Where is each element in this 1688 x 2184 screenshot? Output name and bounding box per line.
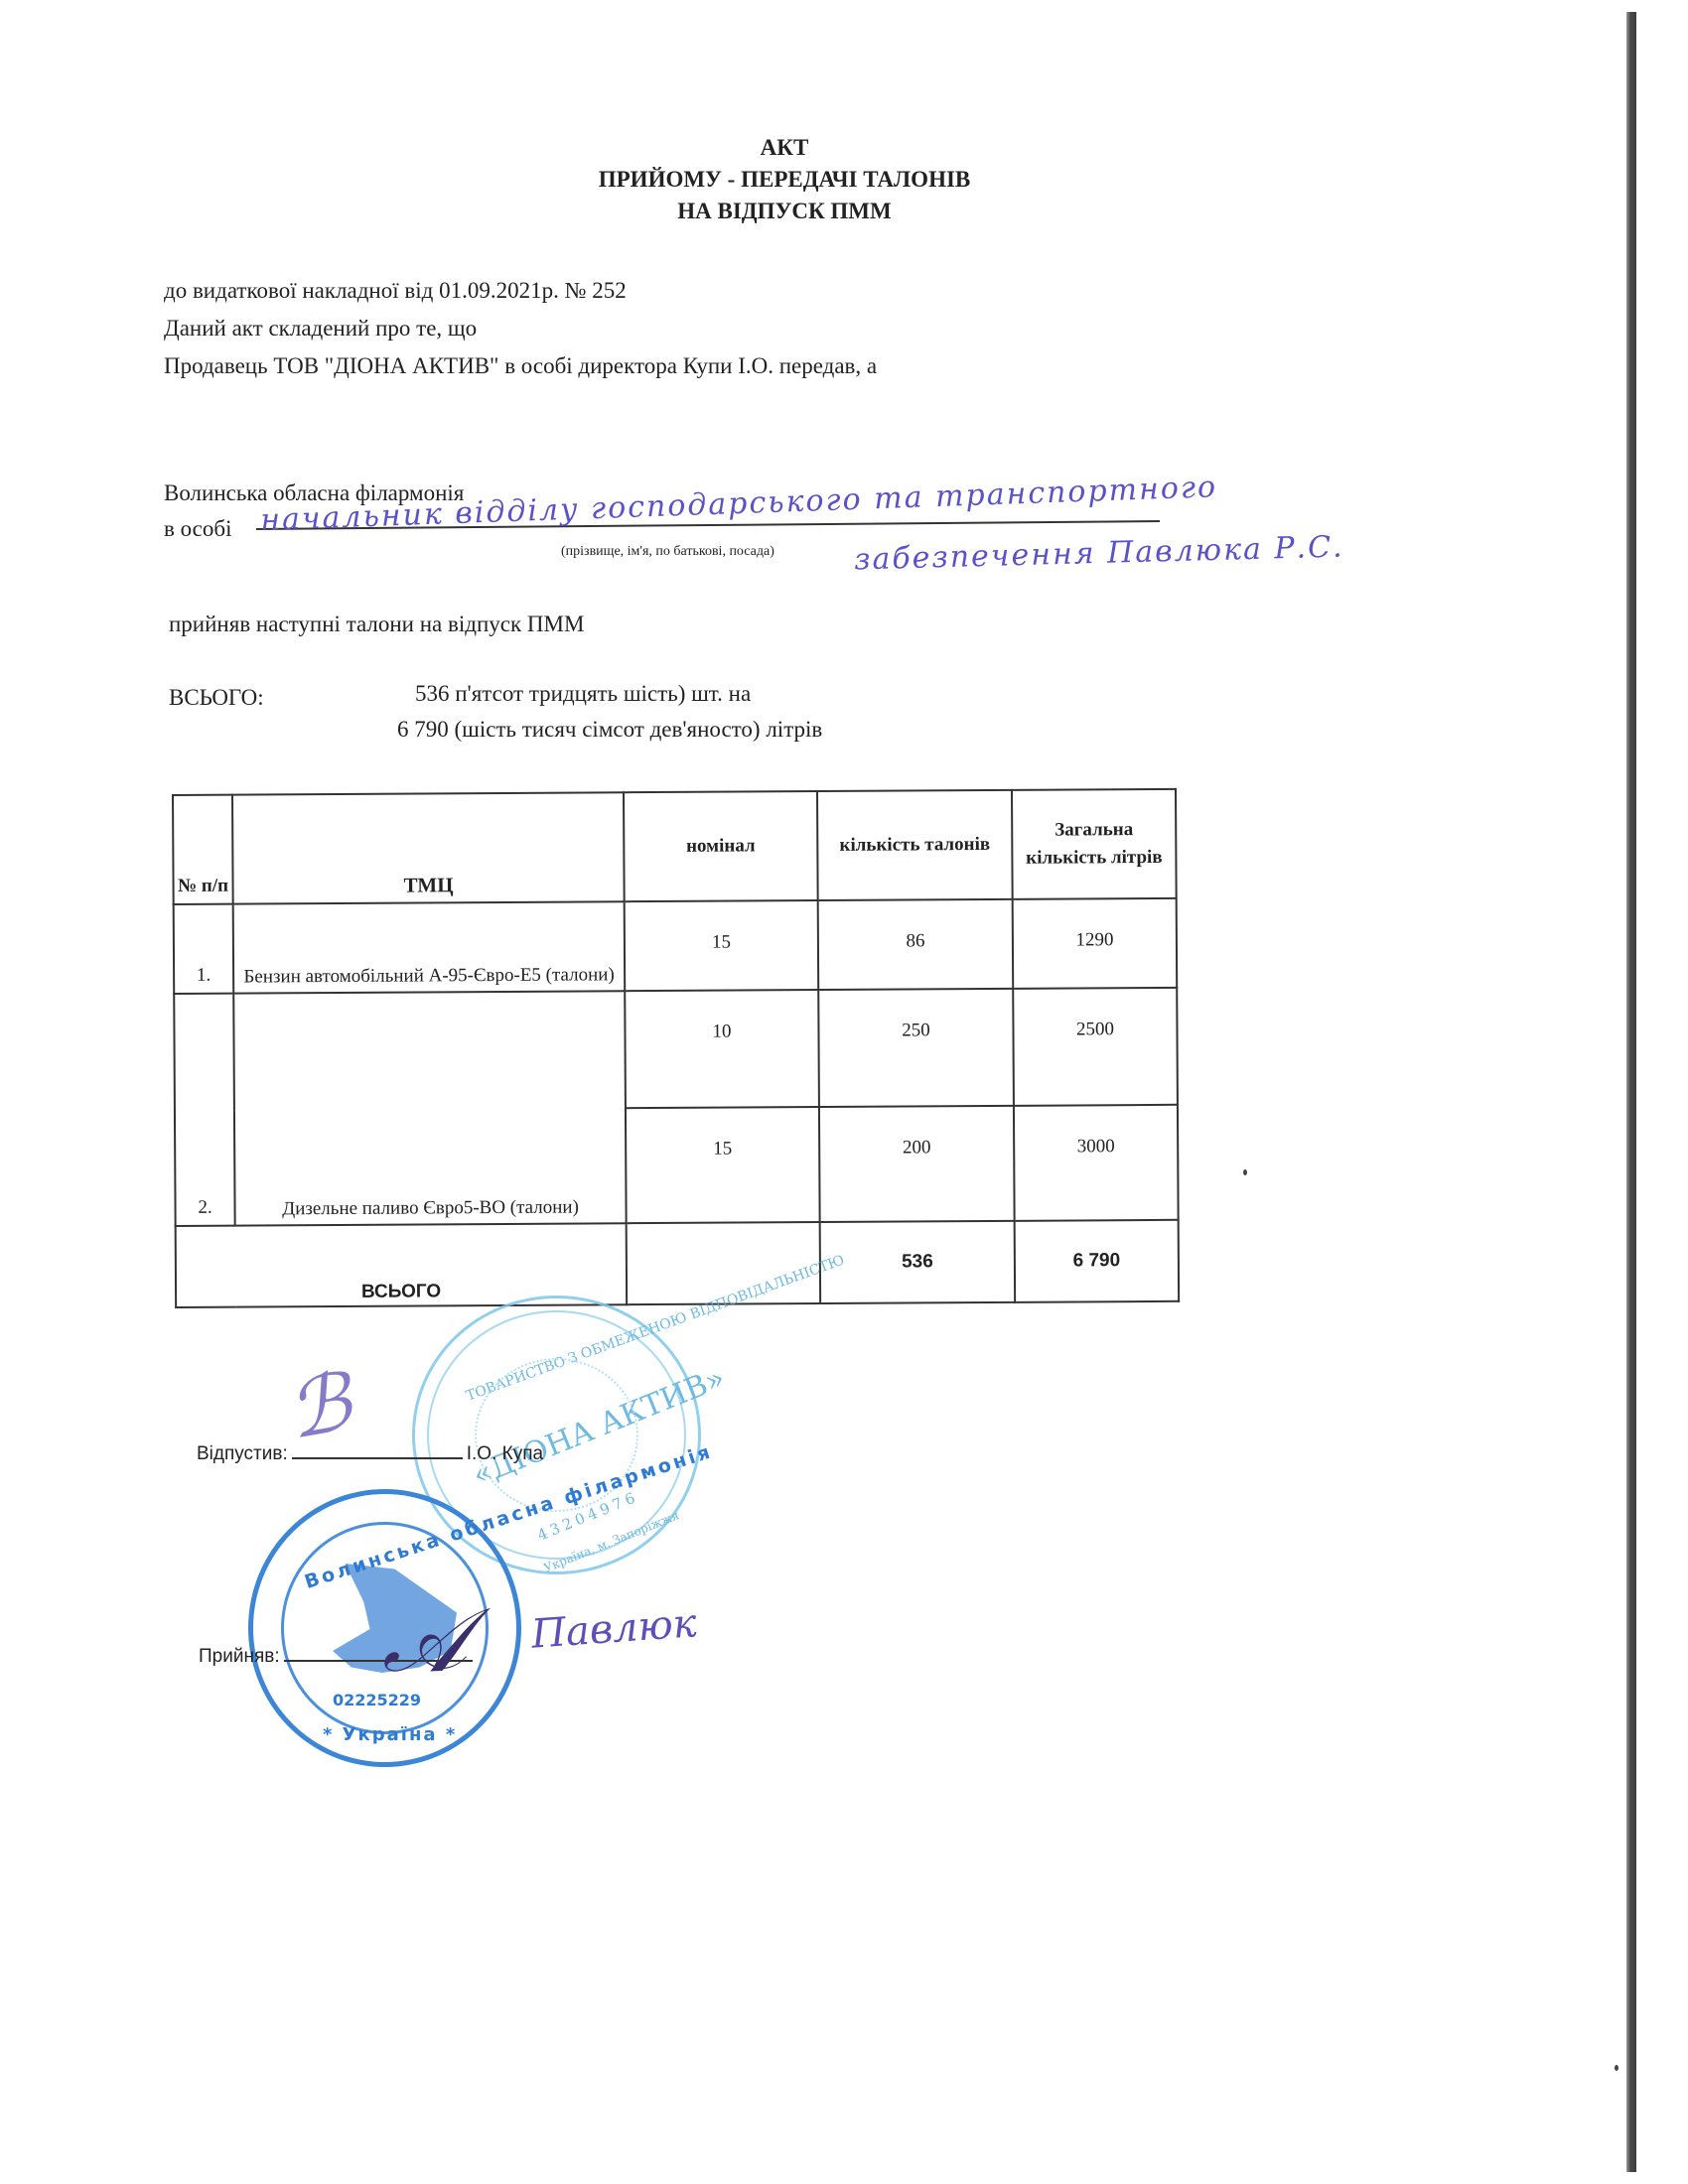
released-signature-block: Відпустив:І.О. Купа xyxy=(197,1441,543,1465)
header-item: ТМЦ xyxy=(232,792,625,903)
row-item: Бензин автомобільний А-95-Євро-Е5 (талон… xyxy=(233,901,626,993)
row-number: 2. xyxy=(174,994,234,1226)
accepted-handwritten-name: Павлюк xyxy=(530,1600,698,1658)
header-nominal: номінал xyxy=(624,791,818,901)
buyer-stamp-country: * Україна * xyxy=(323,1724,457,1745)
row-nominal: 15 xyxy=(625,900,819,991)
table-header-row: № п/п ТМЦ номінал кількість талонів Зага… xyxy=(173,789,1177,904)
doc-title-line-1: АКТ xyxy=(0,135,1569,161)
coupons-table: № п/п ТМЦ номінал кількість талонів Зага… xyxy=(172,788,1180,1308)
row-count: 86 xyxy=(818,899,1014,990)
row-liters: 1290 xyxy=(1013,898,1178,989)
total-row-liters: 6 790 xyxy=(1015,1220,1179,1302)
header-count: кількість талонів xyxy=(817,790,1013,900)
seller-line: Продавець ТОВ "ДІОНА АКТИВ" в особі дире… xyxy=(164,353,877,379)
table-row: 1. Бензин автомобільний А-95-Євро-Е5 (та… xyxy=(174,898,1178,994)
header-total-liters: Загальна кількість літрів xyxy=(1012,789,1177,899)
row-item: Дизельне паливо Євро5-ВО (талони) xyxy=(233,991,626,1225)
row-liters: 2500 xyxy=(1013,988,1178,1106)
released-name: І.О. Купа xyxy=(467,1443,543,1464)
doc-title-line-3: НА ВІДПУСК ПММ xyxy=(0,199,1569,224)
row-nominal: 10 xyxy=(625,990,819,1108)
row-liters: 3000 xyxy=(1014,1105,1179,1221)
seller-stamp-name: «ДІОНА АКТИВ» xyxy=(468,1361,730,1494)
accepted-signature-scribble: 𝒜 xyxy=(382,1588,467,1694)
total-count-text: 536 п'ятсот тридцять шість) шт. на xyxy=(415,681,751,707)
buyer-person-label: в особі xyxy=(164,516,231,542)
total-row-count: 536 xyxy=(820,1221,1015,1303)
doc-title-line-2: ПРИЙОМУ - ПЕРЕДАЧІ ТАЛОНІВ xyxy=(0,167,1569,193)
table-total-row: ВСЬОГО 536 6 790 xyxy=(176,1220,1179,1307)
table-row: 2. Дизельне паливо Євро5-ВО (талони) 10 … xyxy=(174,988,1178,1111)
total-row-nominal xyxy=(627,1222,820,1304)
row-number: 1. xyxy=(174,904,234,994)
scan-speck xyxy=(1243,1169,1247,1175)
intro-text: Даний акт складений про те, що xyxy=(164,316,477,341)
header-number: № п/п xyxy=(173,795,233,904)
invoice-reference: до видаткової накладної від 01.09.2021р.… xyxy=(164,278,627,304)
row-count: 250 xyxy=(818,989,1014,1107)
scan-speck xyxy=(1615,2065,1618,2071)
scan-edge xyxy=(1626,12,1636,2172)
buyer-person-caption: (прізвище, ім'я, по батькові, посада) xyxy=(561,544,774,560)
total-label: ВСЬОГО: xyxy=(169,685,264,711)
accepted-line: прийняв наступні талони на відпуск ПММ xyxy=(169,612,584,637)
accepted-label: Прийняв: xyxy=(199,1646,280,1667)
released-label: Відпустив: xyxy=(197,1443,288,1464)
handwritten-name: забезпечення Павлюка Р.С. xyxy=(854,530,1344,578)
row-count: 200 xyxy=(819,1106,1015,1222)
row-nominal: 15 xyxy=(626,1107,820,1223)
total-liters-text: 6 790 (шість тисяч сімсот дев'яносто) лі… xyxy=(397,717,822,743)
